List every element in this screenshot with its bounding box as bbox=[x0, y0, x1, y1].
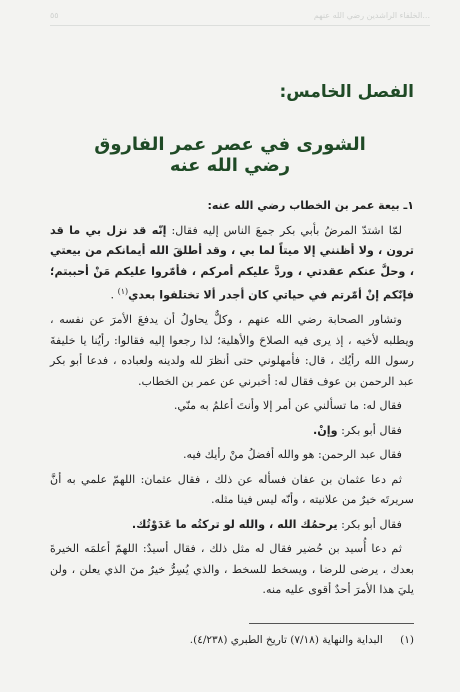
paragraph-3: فقال له: ما تسألني عن أمر إلا وأنتَ أعلم… bbox=[50, 396, 414, 417]
book-page: ...الخلفاء الراشدين رضي الله عنهم ٥٥ الف… bbox=[0, 0, 460, 692]
section-title: الشورى في عصر عمر الفاروق رضي الله عنه bbox=[70, 134, 390, 176]
body-text: ١ـ بيعة عمر بن الخطاب رضي الله عنه: لمّا… bbox=[50, 196, 414, 605]
subheading: ١ـ بيعة عمر بن الخطاب رضي الله عنه: bbox=[50, 196, 414, 217]
paragraph-4: فقال أبو بكر: وإنْ. bbox=[50, 421, 414, 442]
p7-bold: يرحمُك الله ، والله لو تركتُه ما عَدَوْت… bbox=[132, 518, 338, 531]
paragraph-6: ثم دعا عثمان بن عفان فسأله عن ذلك ، فقال… bbox=[50, 470, 414, 511]
footnote-text: البداية والنهاية (٧/١٨) تاريخ الطبري (٤/… bbox=[190, 634, 383, 646]
footnote: (١) البداية والنهاية (٧/١٨) تاريخ الطبري… bbox=[50, 634, 414, 646]
running-header: ...الخلفاء الراشدين رضي الله عنهم ٥٥ bbox=[50, 8, 430, 22]
footnote-rule bbox=[249, 623, 414, 624]
paragraph-5: فقال عبد الرحمن: هو والله أفضلُ منْ رأيك… bbox=[50, 445, 414, 466]
page-number: ٥٥ bbox=[50, 11, 59, 20]
footnote-reference[interactable]: (١) bbox=[118, 287, 129, 296]
header-rule bbox=[50, 25, 430, 26]
paragraph-8: ثم دعا أُسيد بن حُضير فقال له مثل ذلك ، … bbox=[50, 539, 414, 601]
p4-bold: وإنْ. bbox=[313, 424, 338, 437]
p5-lead: فقال عبد الرحمن: bbox=[315, 448, 403, 461]
p4-lead: فقال أبو بكر: bbox=[338, 424, 402, 437]
paragraph-2: وتشاور الصحابة رضي الله عنهم ، وكلٌّ يحا… bbox=[50, 310, 414, 392]
p7-lead: فقال أبو بكر: bbox=[338, 518, 402, 531]
paragraph-1: لمّا اشتدّ المرضُ بأبي بكر جمعَ الناس إل… bbox=[50, 221, 414, 307]
p1-intro: لمّا اشتدّ المرضُ بأبي بكر جمعَ الناس إل… bbox=[167, 224, 402, 237]
chapter-heading: الفصل الخامس: bbox=[280, 82, 415, 102]
footnote-number: (١) bbox=[400, 634, 414, 646]
running-header-title: ...الخلفاء الراشدين رضي الله عنهم bbox=[314, 11, 430, 20]
p5-rest: هو والله أفضلُ منْ رأيك فيه. bbox=[183, 448, 315, 461]
paragraph-7: فقال أبو بكر: يرحمُك الله ، والله لو ترك… bbox=[50, 515, 414, 536]
